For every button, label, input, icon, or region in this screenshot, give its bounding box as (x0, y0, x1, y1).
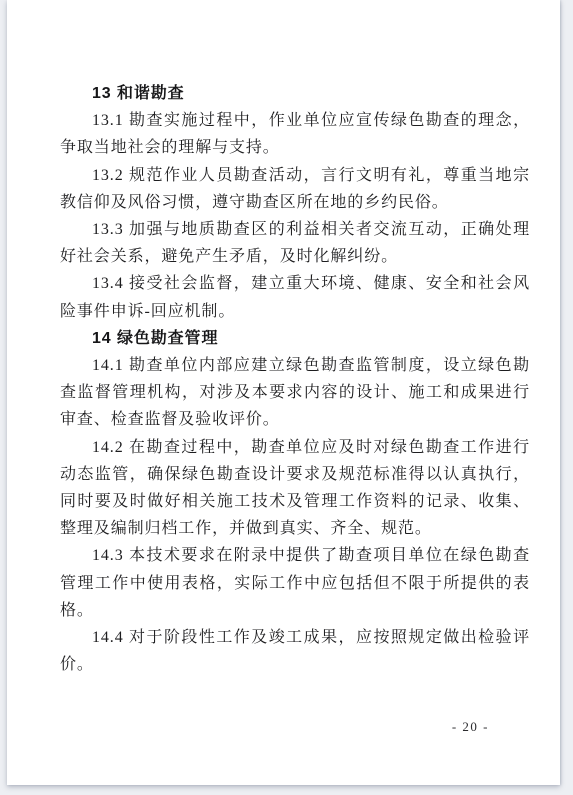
paragraph-14-4: 14.4 对于阶段性工作及竣工成果，应按照规定做出检验评价。 (60, 624, 530, 678)
section-heading-13-harmonious-exploration: 13 和谐勘查 (60, 80, 530, 107)
paragraph-14-3: 14.3 本技术要求在附录中提供了勘查项目单位在绿色勘查管理工作中使用表格，实际… (60, 542, 530, 624)
page-number: - 20 - (7, 719, 560, 735)
section-heading-14-green-exploration-management: 14 绿色勘查管理 (60, 325, 530, 352)
document-body: 13 和谐勘查 13.1 勘查实施过程中，作业单位应宣传绿色勘查的理念，争取当地… (60, 80, 530, 678)
paragraph-13-4: 13.4 接受社会监督，建立重大环境、健康、安全和社会风险事件申诉-回应机制。 (60, 270, 530, 324)
paragraph-13-2: 13.2 规范作业人员勘查活动，言行文明有礼，尊重当地宗教信仰及风俗习惯，遵守勘… (60, 162, 530, 216)
paragraph-14-1: 14.1 勘查单位内部应建立绿色勘查监管制度，设立绿色勘查监督管理机构，对涉及本… (60, 352, 530, 434)
document-page: 13 和谐勘查 13.1 勘查实施过程中，作业单位应宣传绿色勘查的理念，争取当地… (7, 0, 560, 785)
paragraph-13-1: 13.1 勘查实施过程中，作业单位应宣传绿色勘查的理念，争取当地社会的理解与支持… (60, 107, 530, 161)
paragraph-14-2: 14.2 在勘查过程中，勘查单位应及时对绿色勘查工作进行动态监管，确保绿色勘查设… (60, 434, 530, 543)
paragraph-13-3: 13.3 加强与地质勘查区的利益相关者交流互动，正确处理好社会关系，避免产生矛盾… (60, 216, 530, 270)
